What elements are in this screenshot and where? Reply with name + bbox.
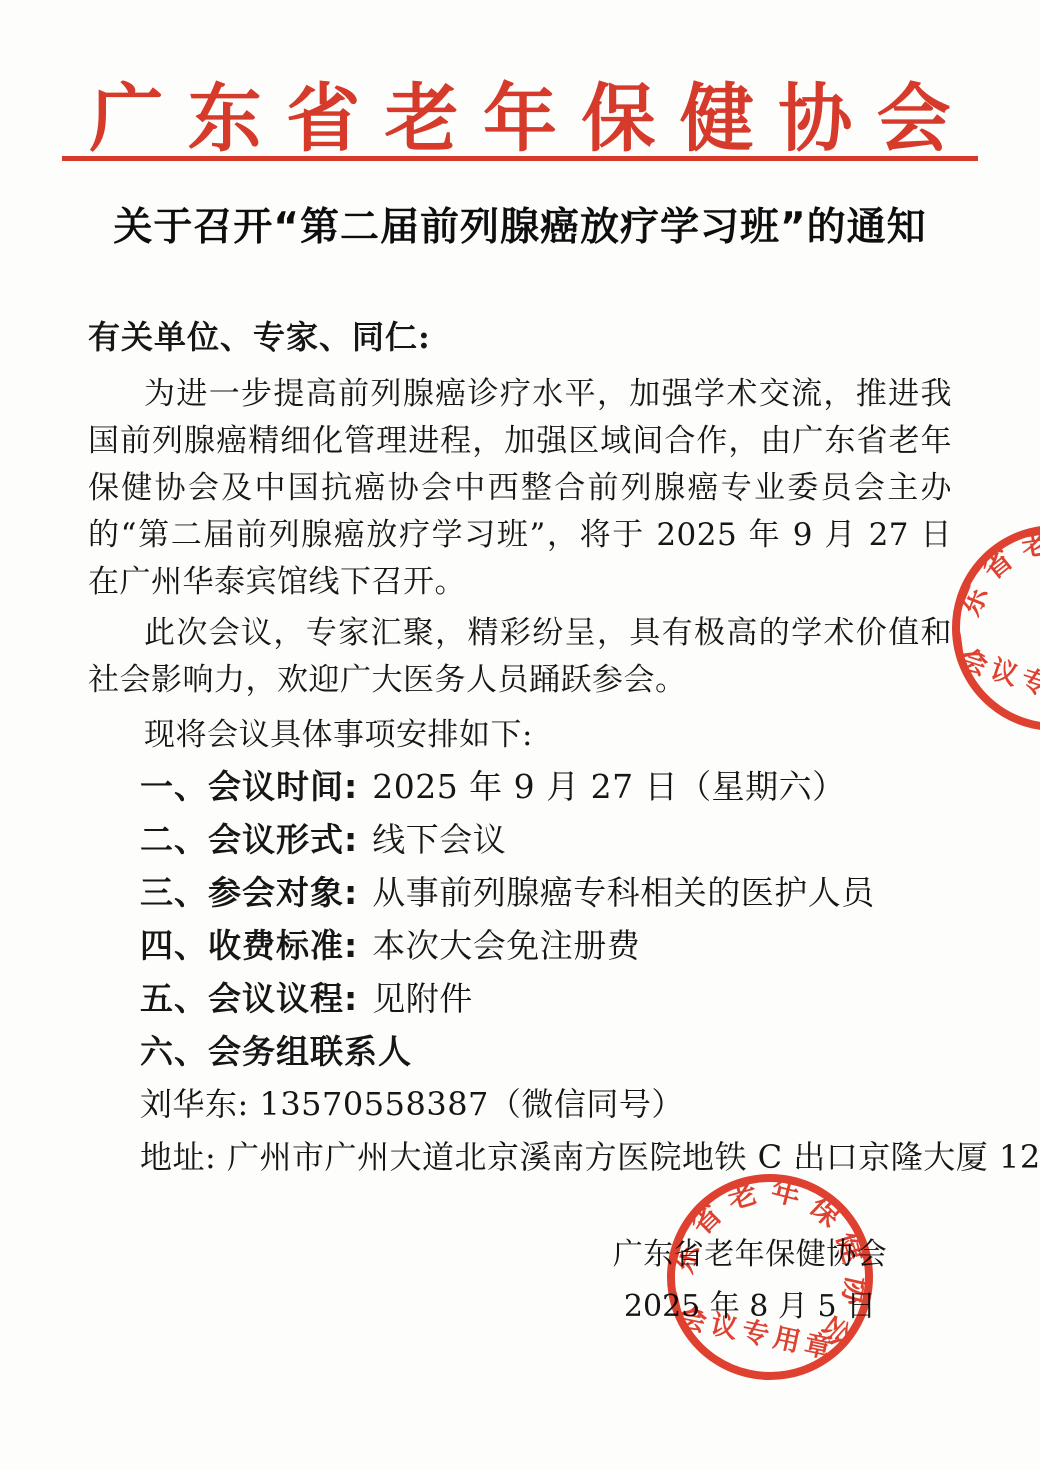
paragraph-intro: 为进一步提高前列腺癌诊疗水平，加强学术交流，推进我国前列腺癌精细化管理进程，加强… [88, 371, 952, 606]
agenda-item-value: 从事前列腺癌专科相关的医护人员 [372, 873, 875, 912]
agenda-item-label: 三、参会对象: [140, 873, 358, 912]
agenda-item-time: 一、会议时间:2025 年 9 月 27 日（星期六） [88, 761, 952, 812]
agenda-item-value: 线下会议 [372, 820, 506, 859]
seal-inner-text: 会议专用章 [676, 1301, 839, 1366]
agenda-item-label: 四、收费标准: [140, 926, 358, 965]
agenda-item-label: 二、会议形式: [140, 820, 358, 859]
document-body: 有关单位、专家、同仁: 为进一步提高前列腺癌诊疗水平，加强学术交流，推进我国前列… [88, 308, 952, 1183]
agenda-item-value: 见附件 [372, 979, 473, 1018]
official-seal: 广东省老年保健协会 会议专用章 [634, 1141, 907, 1414]
agenda-item-value: 本次大会免注册费 [372, 926, 640, 965]
agenda-item-label: 六、会务组联系人 [140, 1032, 412, 1071]
agenda-item-program: 五、会议议程:见附件 [88, 973, 952, 1024]
agenda-item-audience: 三、参会对象:从事前列腺癌专科相关的医护人员 [88, 867, 952, 918]
letterhead-divider [62, 156, 978, 161]
salutation: 有关单位、专家、同仁: [88, 314, 952, 361]
agenda-item-fee: 四、收费标准:本次大会免注册费 [88, 920, 952, 971]
document-page: 广东省老年保健协会 关于召开“第二届前列腺癌放疗学习班”的通知 有关单位、专家、… [0, 0, 1040, 1470]
agenda-item-label: 五、会议议程: [140, 979, 358, 1018]
agenda-item-value: 2025 年 9 月 27 日（星期六） [372, 767, 845, 806]
letterhead-org-name: 广东省老年保健协会 [0, 76, 1040, 162]
paragraph-meeting-value: 此次会议，专家汇聚，精彩纷呈，具有极高的学术价值和社会影响力，欢迎广大医务人员踊… [88, 610, 952, 704]
agenda-item-contacts: 六、会务组联系人 [88, 1026, 952, 1077]
document-title: 关于召开“第二届前列腺癌放疗学习班”的通知 [0, 204, 1040, 252]
contact-line: 刘华东: 13570558387（微信同号） [88, 1079, 952, 1130]
paragraph-arrangements: 现将会议具体事项安排如下: [88, 712, 952, 759]
agenda-item-label: 一、会议时间: [140, 767, 358, 806]
agenda-item-format: 二、会议形式:线下会议 [88, 814, 952, 865]
